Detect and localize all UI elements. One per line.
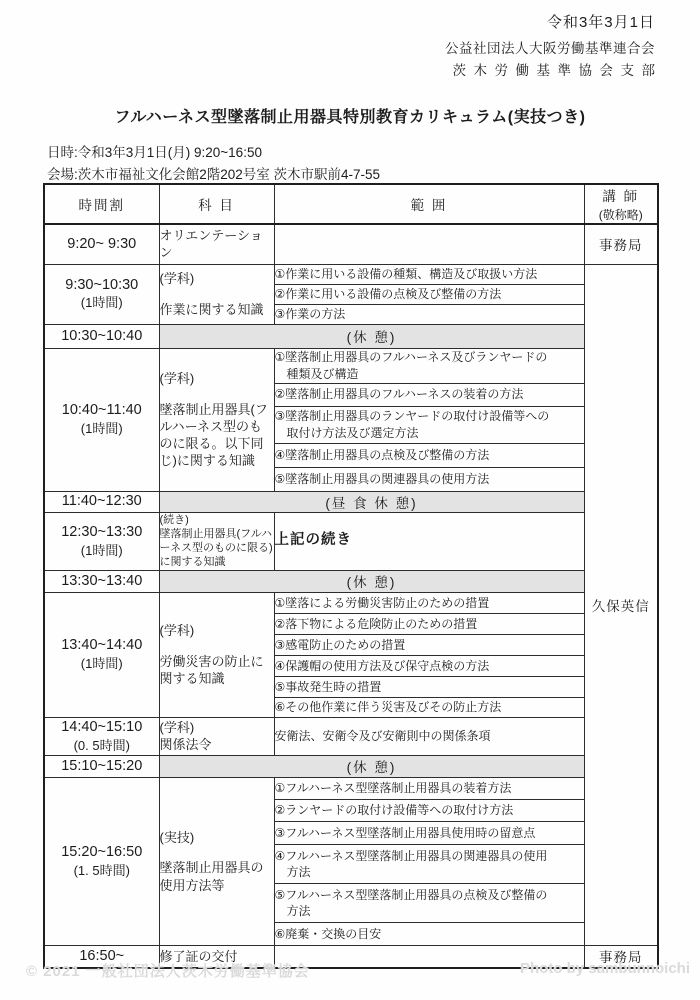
scope-item: ②作業に用いる設備の点検及び整備の方法: [274, 284, 584, 304]
page-title: フルハーネス型墜落制止用器具特別教育カリキュラム(実技つき): [0, 104, 700, 127]
row-break-1: 10:30~10:40 (休 憩): [44, 324, 658, 348]
subject-type: (学科): [160, 719, 274, 736]
scope-item: ④墜落制止用器具の点検及び整備の方法: [274, 443, 584, 467]
scope-item: ②ランヤードの取付け設備等への取付け方法: [274, 799, 584, 821]
subject-cell: (学科) 関係法令: [159, 717, 274, 755]
scope-cell-empty: [274, 224, 584, 264]
time-cell: 9:30~10:30 (1時間): [44, 264, 159, 324]
header-scope: 範 囲: [274, 184, 584, 224]
scope-item: ①フルハーネス型墜落制止用器具の装着方法: [274, 777, 584, 799]
time-duration: (1時間): [45, 421, 159, 438]
scope-item: ③作業の方法: [274, 304, 584, 324]
subject-type: (実技): [160, 829, 274, 846]
subject-type: (学科): [160, 270, 274, 287]
scope-item: ③感電防止のための措置: [274, 634, 584, 655]
break-label: (昼 食 休 憩): [159, 491, 584, 512]
time-duration: (1. 5時間): [45, 863, 159, 880]
watermark-credit: Photo by sambunnoichi: [520, 960, 690, 977]
subject-text: 労働災害の防止に関する知識: [160, 653, 274, 687]
letterhead-branch-org: 茨木労働基準協会支部: [445, 61, 663, 81]
event-info: 日時:令和3年3月1日(月) 9:20~16:50 会場:茨木市福祉文化会館2階…: [47, 142, 380, 185]
break-label: (休 憩): [159, 755, 584, 777]
scope-item: ⑥その他作業に伴う災害及びその防止方法: [274, 697, 584, 717]
row-work: 9:30~10:30 (1時間) (学科) 作業に関する知識 ①作業に用いる設備…: [44, 264, 658, 284]
scope-item: ④保護帽の使用方法及び保守点検の方法: [274, 655, 584, 676]
scope-item: ④フルハーネス型墜落制止用器具の関連器具の使用 方法: [274, 844, 584, 883]
subject-cell: (続き) 墜落制止用器具(フルハーネス型のものに限る)に関する知識: [159, 512, 274, 570]
letterhead-date: 令和3年3月1日: [445, 12, 655, 34]
row-equipment: 10:40~11:40 (1時間) (学科) 墜落制止用器具(フルハーネス型のも…: [44, 348, 658, 383]
scope-item: ①作業に用いる設備の種類、構造及び取扱い方法: [274, 264, 584, 284]
scope-item: ①墜落制止用器具のフルハーネス及びランヤードの 種類及び構造: [274, 348, 584, 383]
scope-item: ②落下物による危険防止のための措置: [274, 613, 584, 634]
time-range: 15:20~16:50: [45, 843, 159, 862]
row-practice: 15:20~16:50 (1. 5時間) (実技) 墜落制止用器具の使用方法等 …: [44, 777, 658, 799]
time-range: 13:40~14:40: [45, 636, 159, 655]
instructor-cell: 事務局: [584, 224, 658, 264]
subject-text: 墜落制止用器具(フルハーネス型のものに限る。以下同じ)に関する知識: [160, 401, 274, 470]
time-range: 12:30~13:30: [45, 523, 159, 542]
time-cell: 9:20~ 9:30: [44, 224, 159, 264]
curriculum-table: 時間割 科 目 範 囲 講 師 (敬称略) 9:20~ 9:30 オリエンテーシ…: [43, 183, 659, 969]
subject-cell: オリエンテーション: [159, 224, 274, 264]
row-break-2: 13:30~13:40 (休 憩): [44, 570, 658, 592]
time-cell: 12:30~13:30 (1時間): [44, 512, 159, 570]
event-venue: 会場:茨木市福祉文化会館2階202号室 茨木市駅前4-7-55: [47, 164, 380, 186]
subject-cell: (実技) 墜落制止用器具の使用方法等: [159, 777, 274, 945]
scope-item: ⑤フルハーネス型墜落制止用器具の点検及び整備の 方法: [274, 883, 584, 922]
subject-text: 関係法令: [160, 736, 274, 753]
subject-text: 作業に関する知識: [160, 301, 274, 318]
row-orientation: 9:20~ 9:30 オリエンテーション 事務局: [44, 224, 658, 264]
time-cell: 14:40~15:10 (0. 5時間): [44, 717, 159, 755]
break-label: (休 憩): [159, 570, 584, 592]
time-cell: 13:30~13:40: [44, 570, 159, 592]
subject-text: 墜落制止用器具(フルハーネス型のものに限る)に関する知識: [160, 527, 274, 570]
subject-cell: (学科) 労働災害の防止に関する知識: [159, 592, 274, 717]
scope-item: ③フルハーネス型墜落制止用器具使用時の留意点: [274, 821, 584, 844]
row-equipment-cont: 12:30~13:30 (1時間) (続き) 墜落制止用器具(フルハーネス型のも…: [44, 512, 658, 570]
scope-item: ①墜落による労働災害防止のための措置: [274, 592, 584, 613]
time-cell: 13:40~14:40 (1時間): [44, 592, 159, 717]
time-range: 10:40~11:40: [45, 401, 159, 420]
document-page: 令和3年3月1日 公益社団法人大阪労働基準連合会 茨木労働基準協会支部 フルハー…: [0, 0, 700, 1000]
scope-item: 上記の続き: [274, 512, 584, 570]
header-instructor: 講 師 (敬称略): [584, 184, 658, 224]
subject-text: 墜落制止用器具の使用方法等: [160, 859, 274, 893]
break-label: (休 憩): [159, 324, 584, 348]
watermark-bar: © 2021 一般社団法人茨木労働基準協会 Photo by sambunnoi…: [0, 960, 700, 986]
subject-type: (続き): [160, 513, 274, 527]
time-duration: (1時間): [45, 656, 159, 673]
header-instructor-note: (敬称略): [585, 206, 658, 223]
watermark-copyright: © 2021 一般社団法人茨木労働基準協会: [26, 960, 310, 981]
table-header-row: 時間割 科 目 範 囲 講 師 (敬称略): [44, 184, 658, 224]
time-duration: (1時間): [45, 295, 159, 312]
time-range: 9:30~10:30: [45, 276, 159, 295]
time-cell: 10:30~10:40: [44, 324, 159, 348]
subject-type: (学科): [160, 370, 274, 387]
header-time: 時間割: [44, 184, 159, 224]
scope-item: ②墜落制止用器具のフルハーネスの装着の方法: [274, 383, 584, 406]
time-cell: 11:40~12:30: [44, 491, 159, 512]
time-range: 14:40~15:10: [45, 718, 159, 737]
header-instructor-label: 講 師: [602, 189, 639, 204]
subject-cell: (学科) 墜落制止用器具(フルハーネス型のものに限る。以下同じ)に関する知識: [159, 348, 274, 491]
scope-item: 安衛法、安衛令及び安衛則中の関係条項: [274, 717, 584, 755]
row-law: 14:40~15:10 (0. 5時間) (学科) 関係法令 安衛法、安衛令及び…: [44, 717, 658, 755]
event-datetime: 日時:令和3年3月1日(月) 9:20~16:50: [47, 142, 380, 164]
header-subject: 科 目: [159, 184, 274, 224]
scope-item: ⑥廃棄・交換の目安: [274, 922, 584, 945]
scope-item: ⑤事故発生時の措置: [274, 676, 584, 697]
row-lunch-break: 11:40~12:30 (昼 食 休 憩): [44, 491, 658, 512]
time-cell: 15:20~16:50 (1. 5時間): [44, 777, 159, 945]
time-duration: (0. 5時間): [45, 738, 159, 755]
instructor-cell-main: 久保英信: [584, 264, 658, 945]
scope-item: ⑤墜落制止用器具の関連器具の使用方法: [274, 467, 584, 491]
letterhead: 令和3年3月1日 公益社団法人大阪労働基準連合会 茨木労働基準協会支部: [445, 12, 655, 81]
row-disaster: 13:40~14:40 (1時間) (学科) 労働災害の防止に関する知識 ①墜落…: [44, 592, 658, 613]
time-cell: 10:40~11:40 (1時間): [44, 348, 159, 491]
scope-item: ③墜落制止用器具のランヤードの取付け設備等への 取付け方法及び選定方法: [274, 406, 584, 443]
subject-cell: (学科) 作業に関する知識: [159, 264, 274, 324]
letterhead-parent-org: 公益社団法人大阪労働基準連合会: [445, 39, 655, 59]
subject-type: (学科): [160, 622, 274, 639]
time-cell: 15:10~15:20: [44, 755, 159, 777]
time-duration: (1時間): [45, 543, 159, 560]
row-break-3: 15:10~15:20 (休 憩): [44, 755, 658, 777]
